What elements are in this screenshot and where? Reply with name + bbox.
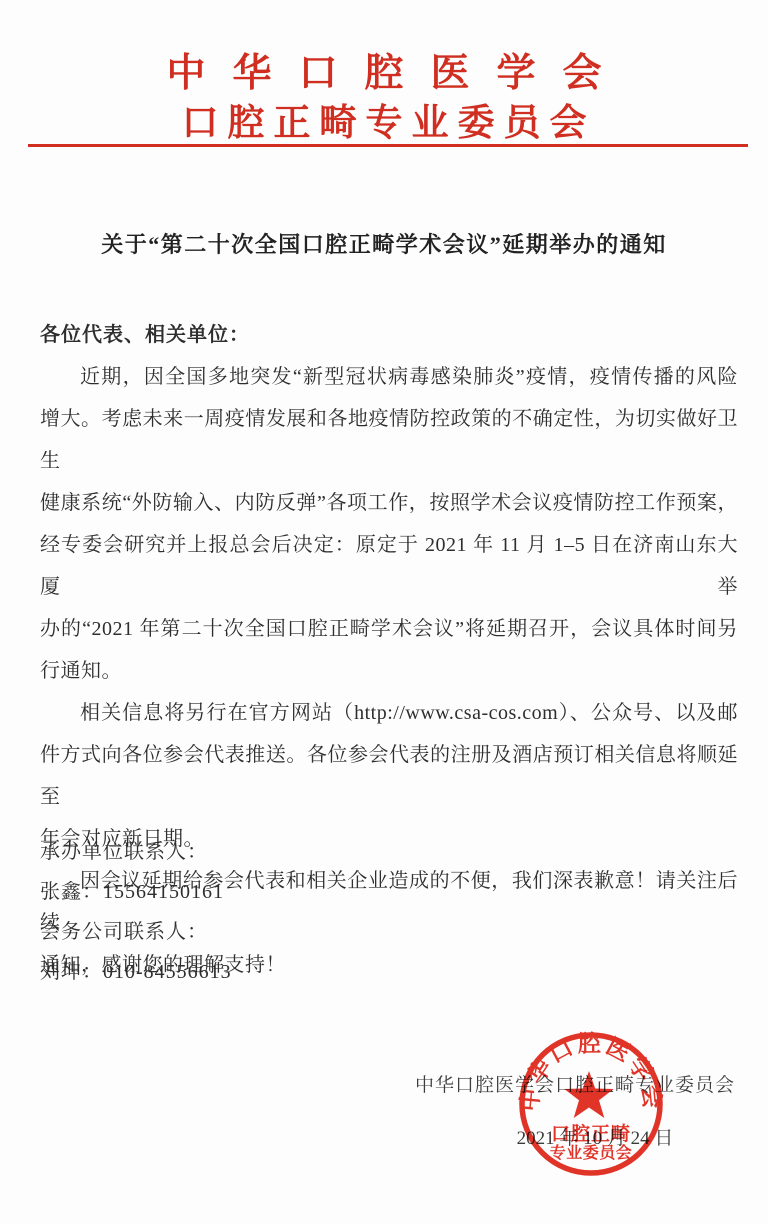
body-line: 相关信息将另行在官方网站（http://www.csa-cos.com）、公众号… — [40, 692, 738, 734]
contact-line: 会务公司联系人： — [40, 912, 738, 952]
official-red-seal: 中华口腔医学会 口腔正畸 专业委员会 — [516, 1027, 666, 1181]
seal-center-line1: 口腔正畸 — [551, 1122, 631, 1145]
contact-line: 刘坤：010-84556613 — [40, 952, 738, 992]
body-line: 办的“2021 年第二十次全国口腔正畸学术会议”将延期召开，会议具体时间另 — [40, 608, 738, 650]
org-name-line2: 口腔正畸专业委员会 — [0, 100, 768, 148]
body-line: 健康系统“外防输入、内防反弹”各项工作，按照学术会议疫情防控工作预案， — [40, 482, 738, 524]
body-line: 经专委会研究并上报总会后决定：原定于 2021 年 11 月 1–5 日在济南山… — [40, 524, 738, 608]
body-line: 增大。考虑未来一周疫情发展和各地疫情防控政策的不确定性，为切实做好卫生 — [40, 398, 738, 482]
salutation-line: 各位代表、相关单位： — [40, 314, 738, 356]
body-line: 行通知。 — [40, 650, 738, 692]
body-line: 近期，因全国多地突发“新型冠状病毒感染肺炎”疫情，疫情传播的风险 — [40, 356, 738, 398]
contact-line: 承办单位联系人： — [40, 832, 738, 872]
body-line: 件方式向各位参会代表推送。各位参会代表的注册及酒店预订相关信息将顺延至 — [40, 734, 738, 818]
org-name-line1: 中华口腔医学会 — [0, 48, 768, 100]
notice-document-page: 中华口腔医学会 口腔正畸专业委员会 关于“第二十次全国口腔正畸学术会议”延期举办… — [0, 0, 768, 1224]
document-title: 关于“第二十次全国口腔正畸学术会议”延期举办的通知 — [0, 228, 768, 259]
seal-star-icon — [564, 1071, 613, 1118]
contact-line: 张鑫：15564150161 — [40, 872, 738, 912]
letterhead-divider-rule — [28, 144, 748, 147]
contact-list: 承办单位联系人：张鑫：15564150161会务公司联系人：刘坤：010-845… — [40, 832, 738, 992]
letterhead: 中华口腔医学会 口腔正畸专业委员会 — [0, 48, 768, 148]
seal-center-line2: 专业委员会 — [550, 1143, 633, 1162]
